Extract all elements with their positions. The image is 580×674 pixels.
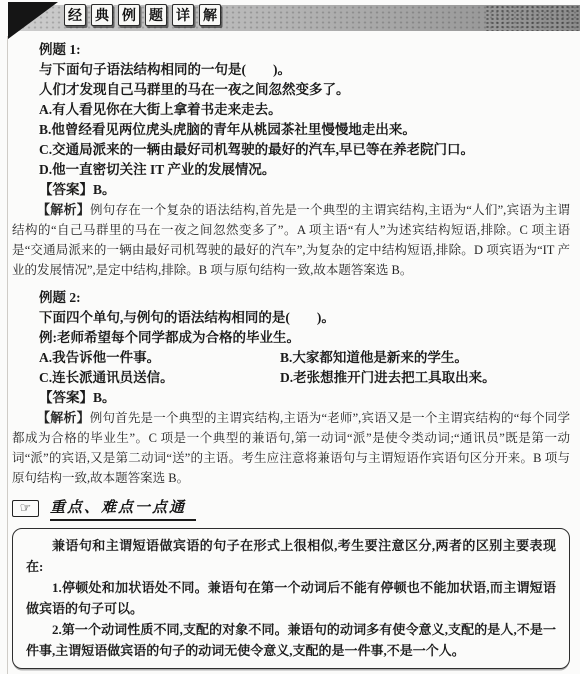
example-2-option-row: C.连长派通讯员送信。 D.老张想推开门进去把工具取出来。 [12,368,570,388]
example-2-section: 例题 2: 下面四个单句,与例句的语法结构相同的是( )。 例:老师希望每个同学… [12,288,570,488]
example-2-option-b: B.大家都知道他是新来的学生。 [280,348,570,368]
title-char-tile: 经 [64,4,86,26]
example-2-answer-line: 【答案】B。 [12,388,570,408]
example-1-analysis: 【解析】例句存在一个复杂的语法结构,首先是一个典型的主谓宾结构,主语为“人们”,… [12,200,570,280]
keypoints-banner: ☞ 重点、难点一点通 [12,496,570,521]
analysis-label: 【解析】 [37,202,90,217]
answer-label: 【答案】 [39,390,93,405]
analysis-label: 【解析】 [37,410,90,425]
example-2-option-d: D.老张想推开门进去把工具取出来。 [280,368,570,388]
page-content: 例题 1: 与下面句子语法结构相同的一句是( )。 人们才发现自己马群里的马在一… [12,40,570,669]
example-2-option-a: A.我告诉他一件事。 [12,348,280,368]
example-1-heading: 例题 1: [12,40,570,60]
example-1-option-a: A.有人看见你在大街上拿着书走来走去。 [12,100,570,120]
keypoints-paragraph: 2.第一个动词性质不同,支配的对象不同。兼语句的动词多有使令意义,支配的是人,不… [26,619,556,661]
example-1-section: 例题 1: 与下面句子语法结构相同的一句是( )。 人们才发现自己马群里的马在一… [12,40,570,280]
title-char-tile: 题 [145,4,167,26]
analysis-text: 例句首先是一个典型的主谓宾结构,主语为“老师”,宾语又是一个主谓宾结构的“每个同… [12,411,570,485]
page-binding-line [7,36,8,674]
example-1-option-c: C.交通局派来的一辆由最好司机驾驶的最好的汽车,早已等在养老院门口。 [12,140,570,160]
keypoints-paragraph: 兼语句和主谓短语做宾语的句子在形式上很相似,考生要注意区分,两者的区别主要表现在… [26,535,556,577]
answer-value: B。 [93,390,116,405]
title-char-tile: 解 [199,4,221,26]
example-2-option-row: A.我告诉他一件事。 B.大家都知道他是新来的学生。 [12,348,570,368]
example-1-option-d: D.他一直密切关注 IT 产业的发展情况。 [12,160,570,180]
keypoints-title: 重点、难点一点通 [50,496,196,521]
answer-label: 【答案】 [39,182,93,197]
section-title: 经 典 例 题 详 解 [64,4,221,26]
example-1-option-b: B.他曾经看见两位虎头虎脑的青年从桃园茶社里慢慢地走出来。 [12,120,570,140]
title-char-tile: 详 [172,4,194,26]
example-1-question: 与下面句子语法结构相同的一句是( )。 [12,60,570,80]
keypoints-paragraph: 1.停顿处和加状语处不同。兼语句在第一个动词后不能有停顿也不能加状语,而主谓短语… [26,577,556,619]
analysis-text: 例句存在一个复杂的语法结构,首先是一个典型的主谓宾结构,主语为“人们”,宾语为主… [12,203,570,277]
pointing-hand-icon: ☞ [12,500,39,517]
keypoints-box: 兼语句和主谓短语做宾语的句子在形式上很相似,考生要注意区分,两者的区别主要表现在… [12,528,570,669]
answer-value: B。 [93,182,116,197]
title-char-tile: 典 [91,4,113,26]
example-1-stem: 人们才发现自己马群里的马在一夜之间忽然变多了。 [12,80,570,100]
example-1-answer-line: 【答案】B。 [12,180,570,200]
title-char-tile: 例 [118,4,140,26]
example-2-question: 下面四个单句,与例句的语法结构相同的是( )。 [12,308,570,328]
example-2-option-c: C.连长派通讯员送信。 [12,368,280,388]
example-2-stem: 例:老师希望每个同学都成为合格的毕业生。 [12,328,570,348]
example-2-heading: 例题 2: [12,288,570,308]
example-2-analysis: 【解析】例句首先是一个典型的主谓宾结构,主语为“老师”,宾语又是一个主谓宾结构的… [12,408,570,488]
